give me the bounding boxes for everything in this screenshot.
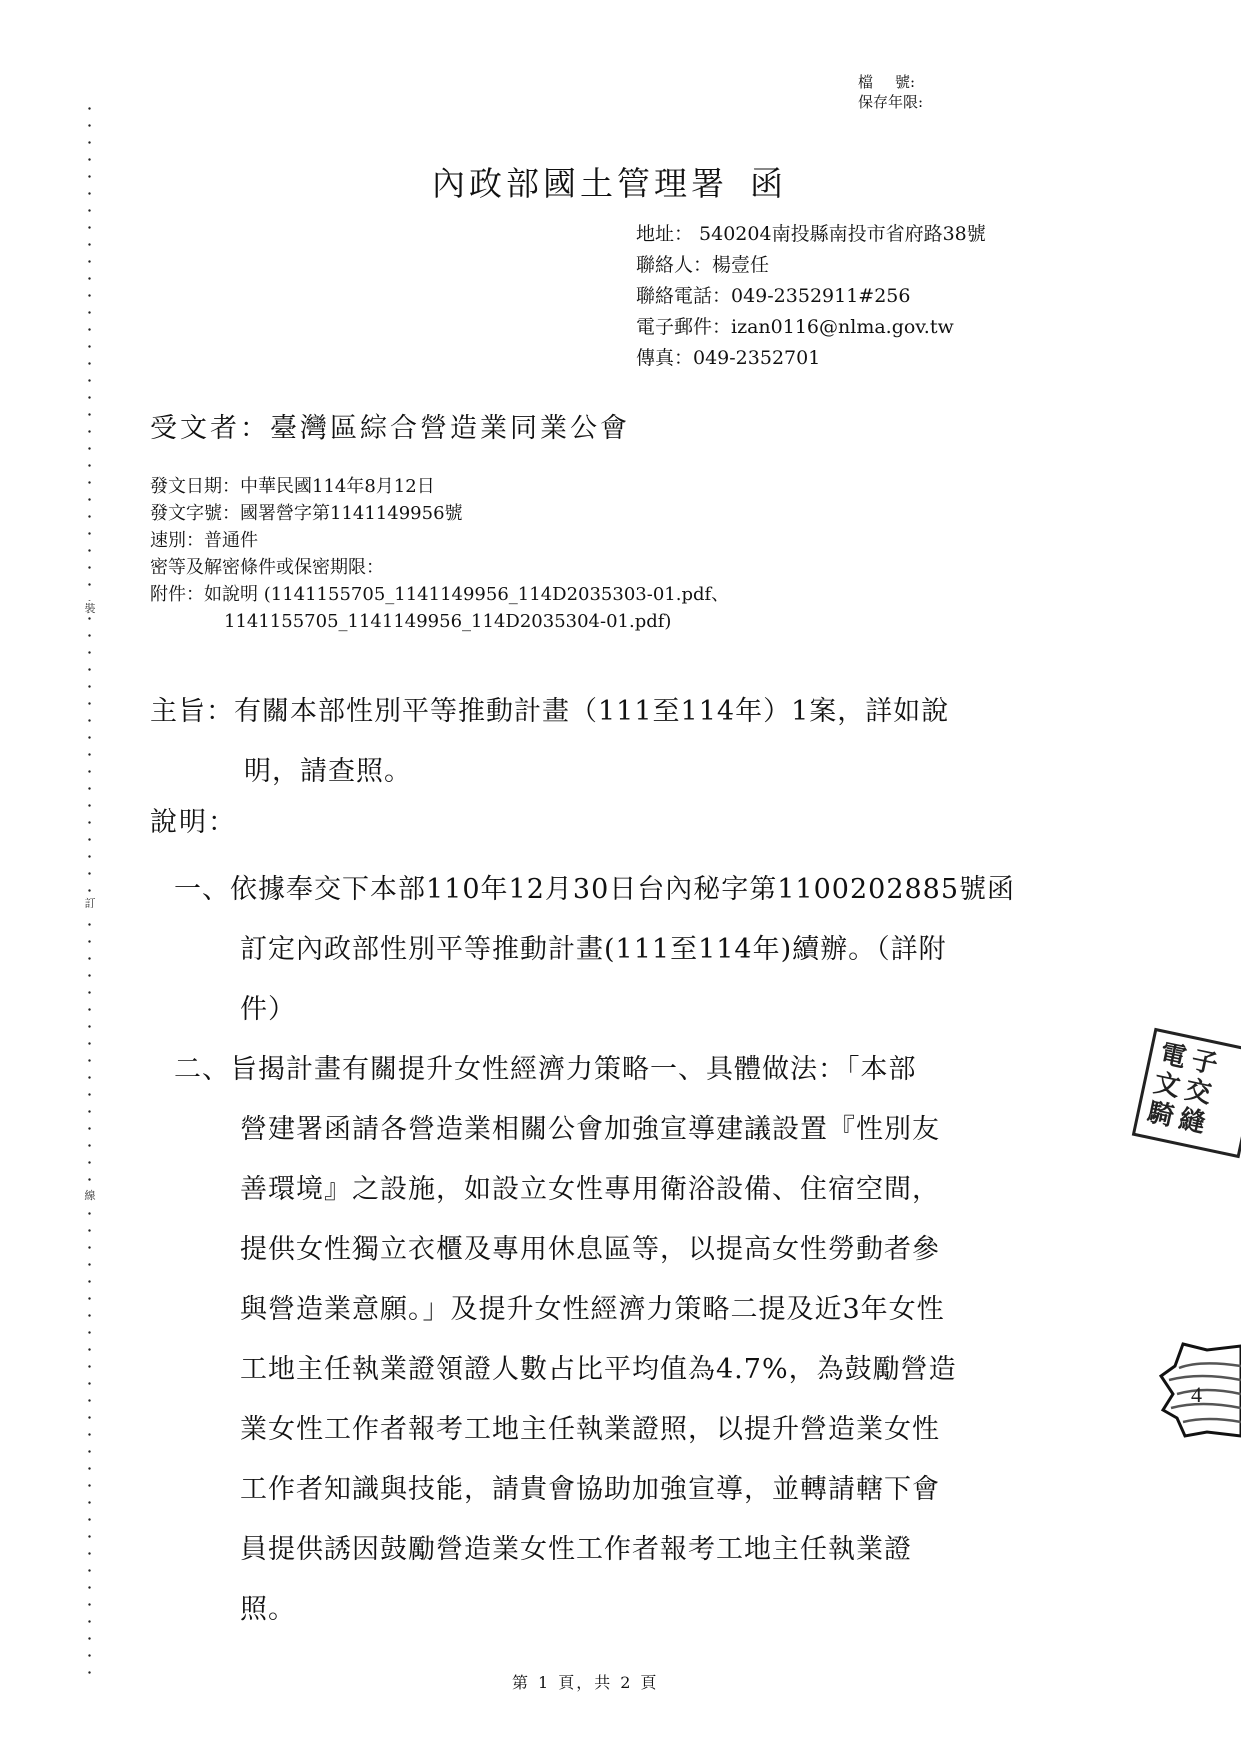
sender-contact-block: 地址： 540204南投縣南投市省府路38號 聯絡人：楊壹任 聯絡電話：049-… — [636, 219, 986, 374]
explanation-item-2-line-1: 二、旨揭計畫有關提升女性經濟力策略一、具體做法：「本部 — [174, 1040, 1015, 1100]
explanation-item-2-line-2: 營建署函請各營造業相關公會加強宣導建議設置『性別友 — [174, 1100, 1015, 1160]
document-title: 內政部國土管理署函 — [432, 158, 787, 205]
issue-number: 發文字號：國署營字第1141149956號 — [150, 500, 729, 527]
explanation-item-2-line-9: 員提供誘因鼓勵營造業女性工作者報考工地主任執業證 — [174, 1520, 1015, 1580]
binding-margin-dots — [88, 100, 91, 1682]
contact-fax: 傳真：049-2352701 — [636, 343, 986, 374]
subject-block: 主旨：有關本部性別平等推動計畫（111至114年）1案，詳如說 明，請查照。 — [150, 682, 949, 802]
explanation-item-1-line-2: 訂定內政部性別平等推動計畫(111至114年)續辦。（詳附 — [174, 920, 1015, 980]
contact-phone: 聯絡電話：049-2352911#256 — [636, 281, 986, 312]
delivery-speed: 速別：普通件 — [150, 527, 729, 554]
sender-address: 地址： 540204南投縣南投市省府路38號 — [636, 219, 986, 250]
security-level: 密等及解密條件或保密期限： — [150, 554, 729, 581]
contact-email: 電子郵件：izan0116@nlma.gov.tw — [636, 312, 986, 343]
document-meta-block: 發文日期：中華民國114年8月12日 發文字號：國署營字第1141149956號… — [150, 473, 729, 635]
recipient: 受文者：臺灣區綜合營造業同業公會 — [150, 406, 630, 445]
explanation-item-2-line-4: 提供女性獨立衣櫃及專用休息區等，以提高女性勞動者參 — [174, 1220, 1015, 1280]
explanation-item-2-line-6: 工地主任執業證領證人數占比平均值為4.7%，為鼓勵營造 — [174, 1340, 1015, 1400]
explanation-item-2-line-10: 照。 — [174, 1580, 1015, 1640]
explanation-item-2-line-8: 工作者知識與技能，請貴會協助加強宣導，並轉請轄下會 — [174, 1460, 1015, 1520]
explanation-item-2: 二、旨揭計畫有關提升女性經濟力策略一、具體做法：「本部 營建署函請各營造業相關公… — [174, 1040, 1015, 1640]
explanation-item-2-line-5: 與營造業意願。」及提升女性經濟力策略二提及近3年女性 — [174, 1280, 1015, 1340]
subject-line-2: 明，請查照。 — [150, 742, 949, 802]
binding-label-xian: 線 — [82, 1188, 98, 1204]
explanation-item-1: 一、依據奉交下本部110年12月30日台內秘字第1100202885號函 訂定內… — [174, 860, 1015, 1040]
current-page: 1 — [530, 1673, 558, 1692]
contact-person: 聯絡人：楊壹任 — [636, 250, 986, 281]
svg-text:4: 4 — [1191, 1382, 1202, 1407]
electronic-exchange-seal-icon: 電 文 騎 子 交 縫 — [1132, 1028, 1241, 1158]
total-pages: 2 — [612, 1673, 640, 1692]
attachment-line-1: 附件：如說明 (1141155705_1141149956_114D203530… — [150, 581, 729, 608]
explanation-item-1-line-1: 一、依據奉交下本部110年12月30日台內秘字第1100202885號函 — [174, 860, 1015, 920]
explanation-item-2-line-3: 善環境』之設施，如設立女性專用衛浴設備、住宿空間， — [174, 1160, 1015, 1220]
subject-line-1: 主旨：有關本部性別平等推動計畫（111至114年）1案，詳如說 — [150, 682, 949, 742]
page-number-footer: 第1頁，共2頁 — [512, 1670, 658, 1693]
page-seam-seal-icon: 4 — [1155, 1340, 1241, 1438]
explanation-body: 一、依據奉交下本部110年12月30日台內秘字第1100202885號函 訂定內… — [174, 860, 1015, 1640]
explanation-item-2-line-7: 業女性工作者報考工地主任執業證照，以提升營造業女性 — [174, 1400, 1015, 1460]
file-meta-block: 檔號: 保存年限: — [858, 72, 923, 112]
document-type: 函 — [750, 164, 787, 203]
explanation-item-1-line-3: 件） — [174, 980, 1015, 1040]
retention-period-label: 保存年限: — [858, 92, 923, 112]
binding-label-ding: 訂 — [82, 896, 98, 912]
file-number-label: 檔號: — [858, 72, 923, 92]
explanation-heading: 說明： — [150, 800, 237, 839]
agency-name: 內政部國土管理署 — [432, 164, 728, 203]
issue-date: 發文日期：中華民國114年8月12日 — [150, 473, 729, 500]
binding-label-zhuang: 裝 — [82, 601, 98, 617]
attachment-line-2: 1141155705_1141149956_114D2035304-01.pdf… — [150, 608, 729, 635]
